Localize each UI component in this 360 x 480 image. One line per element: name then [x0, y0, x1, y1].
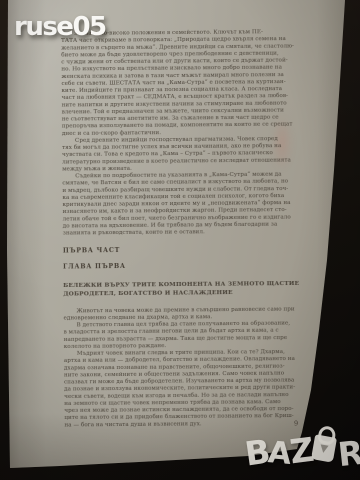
- chapter-heading: ГЛАВА ПЪРВА: [63, 260, 309, 270]
- paragraph: Съдейки по подробностите на указанията в…: [62, 170, 309, 236]
- section-title: БЕЛЕЖКИ ВЪРХУ ТРИТЕ КОМПОНЕНТА НА ЗЕМНОТ…: [63, 279, 309, 298]
- book-page: заемата по-високо положение в семействот…: [0, 0, 360, 480]
- page-number: 9: [294, 420, 298, 428]
- paragraph: В детството главна цел трябва да стане п…: [64, 319, 310, 350]
- logo-letter: R: [336, 436, 360, 471]
- page-text: заемата по-високо положение в семействот…: [61, 28, 310, 429]
- paragraph: заемата по-високо положение в семействот…: [61, 28, 308, 137]
- book-listing-photo: заемата по-високо положение в семействот…: [0, 0, 360, 480]
- seller-watermark: ruse05: [14, 12, 106, 42]
- marketplace-logo: B A Z R: [245, 428, 360, 478]
- part-heading: ПЪРВА ЧАСТ: [63, 244, 309, 254]
- paragraph: Мъдрият човек винаги следва и трите прин…: [64, 348, 311, 429]
- shopping-bag-icon: [311, 434, 337, 462]
- paragraph: Сред древните индийци господствувал праг…: [62, 135, 308, 173]
